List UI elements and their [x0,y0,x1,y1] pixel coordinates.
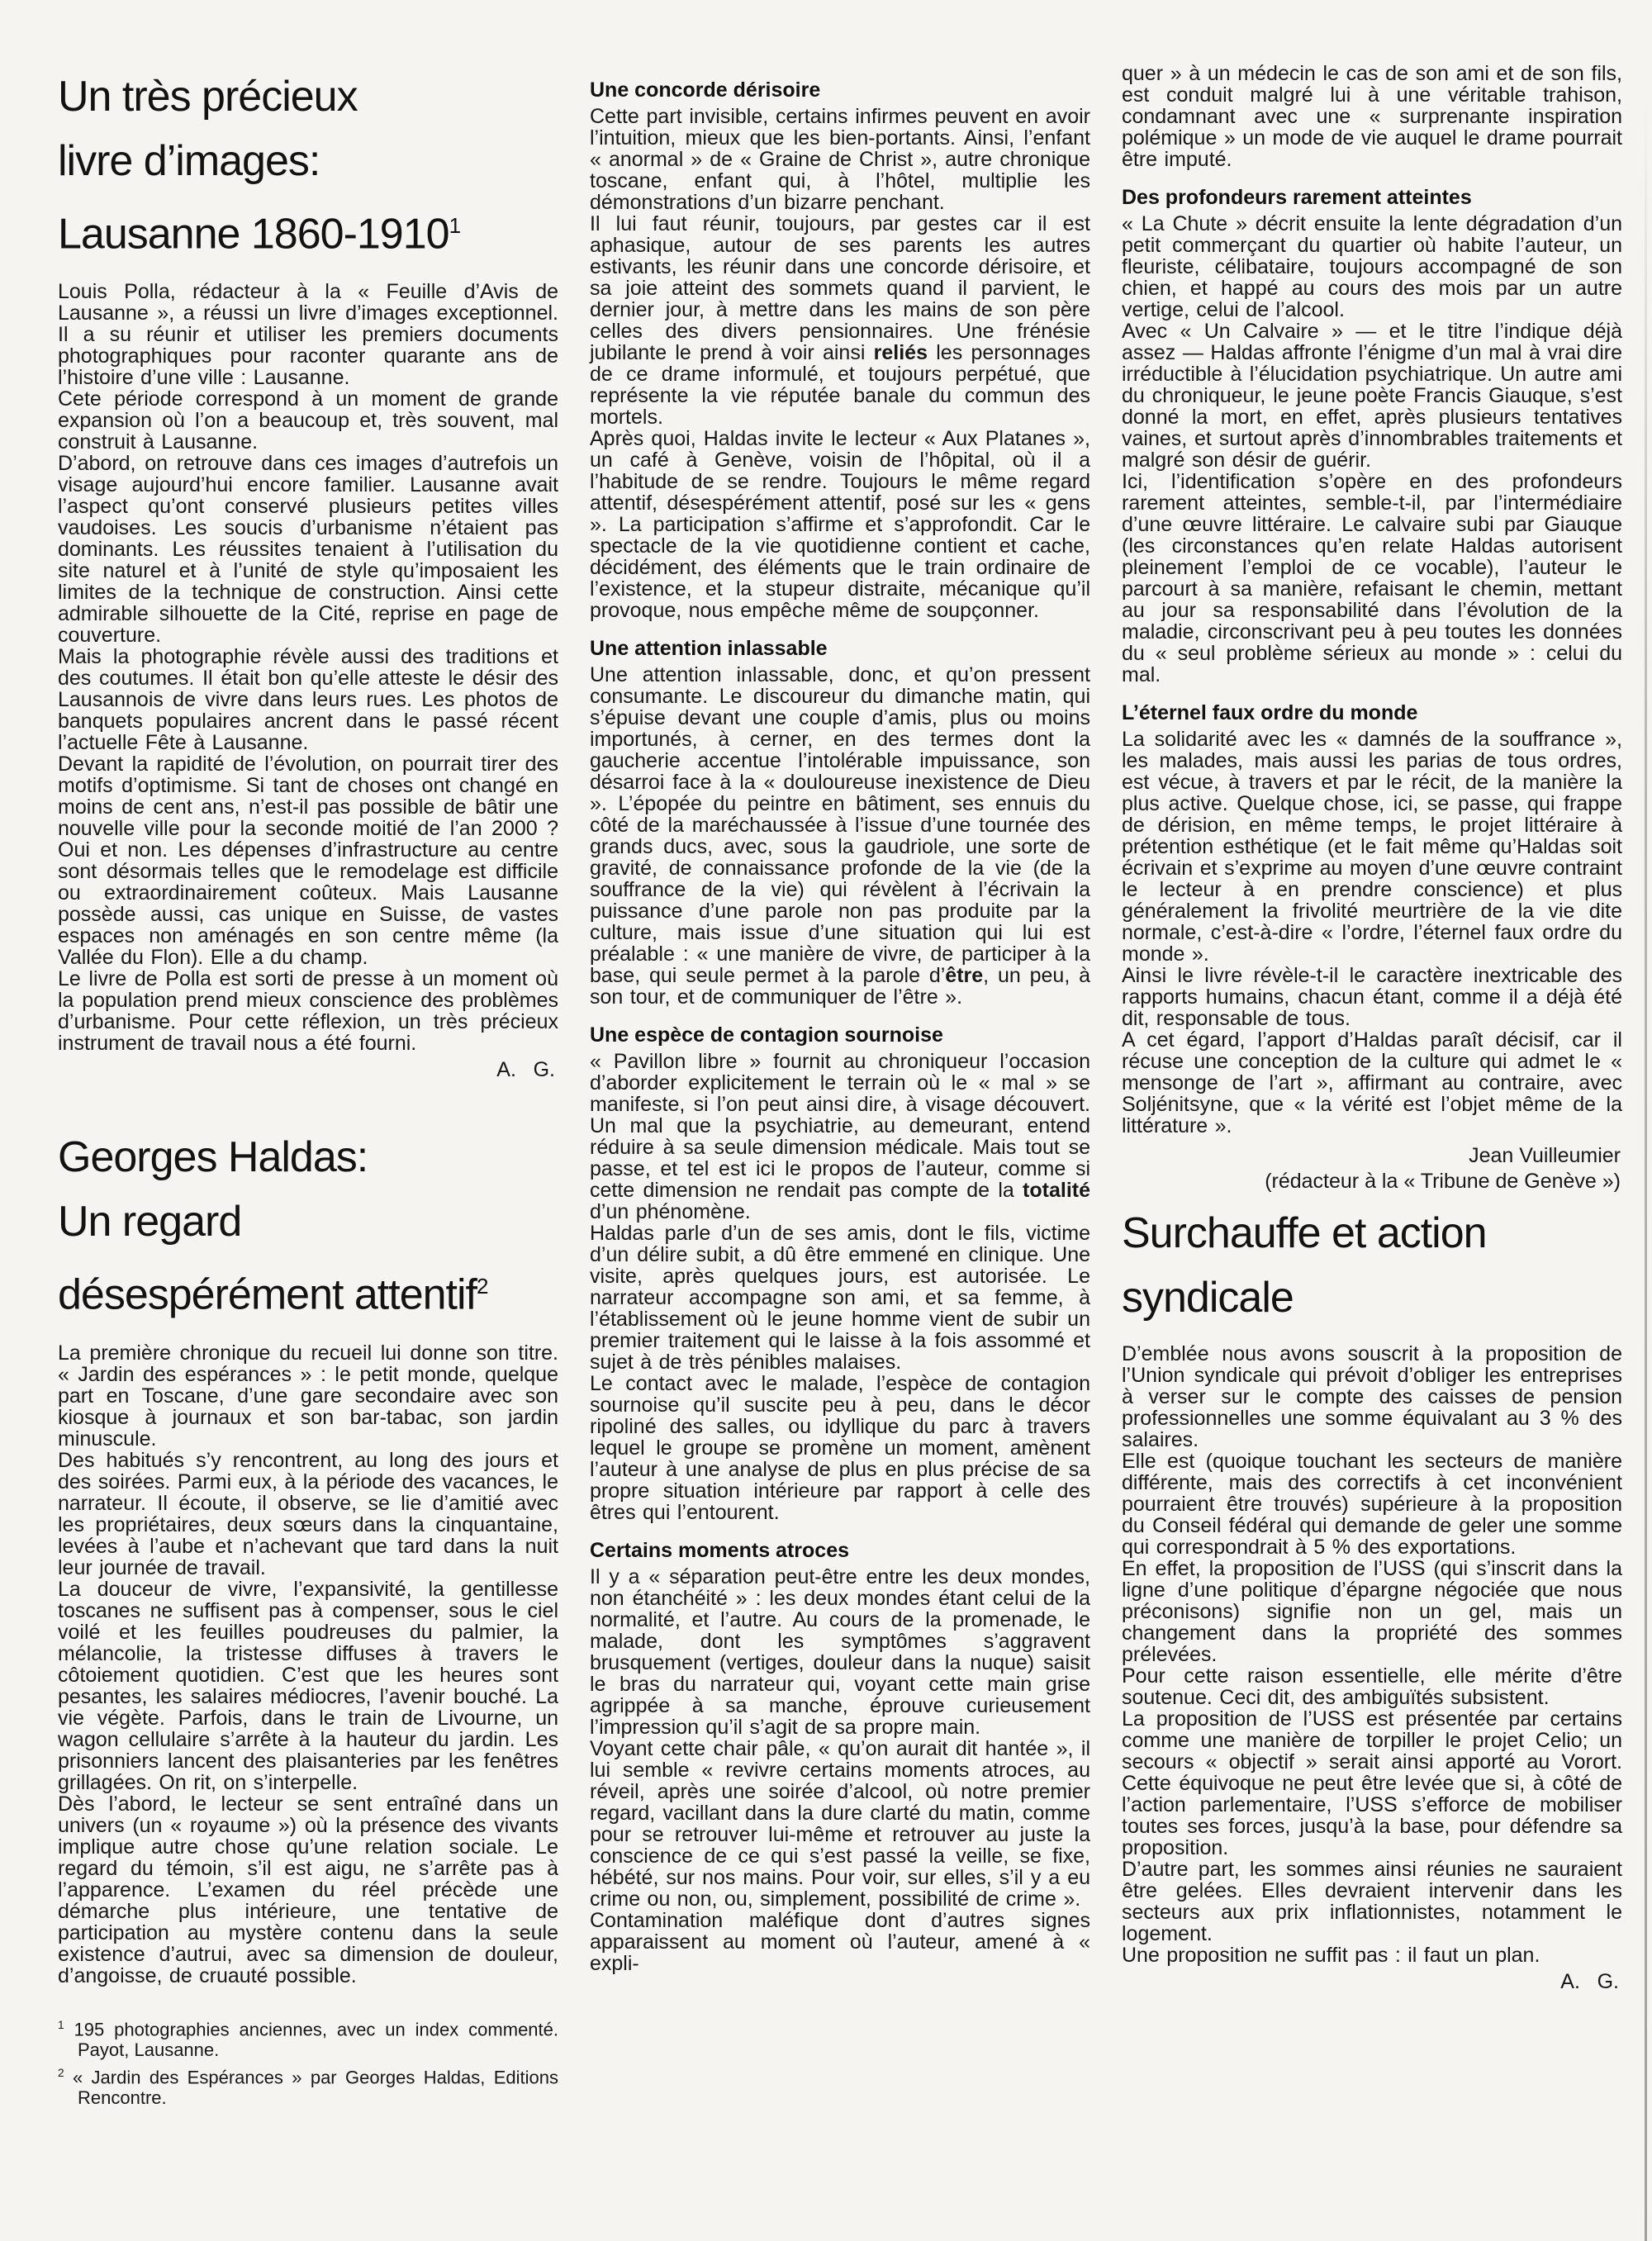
title-line: Un très précieux [58,64,558,129]
section-body: « La Chute » décrit ensuite la lente dég… [1122,213,1622,686]
section-eternel-faux-ordre-du-monde: L’éternel faux ordre du monde La solidar… [1122,702,1622,1137]
section-heading: Des profondeurs rarement atteintes [1122,187,1622,208]
title-line: syndicale [1122,1265,1622,1330]
section-certains-moments-atroces: Certains moments atroces Il y a « sépara… [590,1540,1090,1974]
paragraph: En effet, la proposition de l’USS (qui s… [1122,1558,1622,1665]
section-body: La solidarité avec les « damnés de la so… [1122,729,1622,1137]
signature-role: (rédacteur à la « Tribune de Genève ») [1122,1169,1621,1194]
article-title-lausanne: Un très précieux livre d’images: Lausann… [58,64,558,266]
column-middle: Une concorde dérisoire Cette part invisi… [590,0,1090,1974]
paragraph: D’abord, on retrouve dans ces images d’a… [58,453,558,646]
paragraph: Des habitués s’y rencontrent, au long de… [58,1450,558,1579]
section-body: Une attention inlassable, donc, et qu’on… [590,664,1090,1008]
paragraph: La douceur de vivre, l’expansivité, la g… [58,1579,558,1793]
paragraph: « La Chute » décrit ensuite la lente dég… [1122,213,1622,320]
paragraph: Contamination maléfique dont d’autres si… [590,1910,1090,1974]
paragraph: Mais la photographie révèle aussi des tr… [58,646,558,753]
signature-name: Jean Vuilleumier [1122,1143,1621,1169]
title-line: Lausanne 1860-19101 [58,193,558,266]
paragraph: Dès l’abord, le lecteur se sent entraîné… [58,1793,558,1987]
paragraph: Après quoi, Haldas invite le lecteur « A… [590,428,1090,621]
paragraph: Haldas parle d’un de ses amis, dont le f… [590,1223,1090,1373]
section-body: « Pavillon libre » fournit au chroniqueu… [590,1051,1090,1523]
paragraph: Le livre de Polla est sorti de presse à … [58,968,558,1054]
paragraph: A cet égard, l’apport d’Haldas paraît dé… [1122,1029,1622,1137]
section-body: Il y a « séparation peut-être entre les … [590,1566,1090,1974]
paragraph: La proposition de l’USS est présentée pa… [1122,1708,1622,1859]
title-line: désespérément attentif2 [58,1254,558,1327]
footnote-text: 195 photographies anciennes, avec un ind… [74,2019,558,2060]
paragraph: « Pavillon libre » fournit au chroniqueu… [590,1051,1090,1223]
signature-vuilleumier: Jean Vuilleumier (rédacteur à la « Tribu… [1122,1143,1622,1194]
section-heading: Une espèce de contagion sournoise [590,1024,1090,1046]
paragraph: Il y a « séparation peut-être entre les … [590,1566,1090,1738]
article-title-haldas: Georges Haldas: Un regard désespérément … [58,1125,558,1327]
article-body-lausanne: Louis Polla, rédacteur à la « Feuille d’… [58,281,558,1054]
footnote-ref-2: 2 [477,1274,488,1299]
paragraph: Le contact avec le malade, l’espèce de c… [590,1373,1090,1523]
section-heading: L’éternel faux ordre du monde [1122,702,1622,724]
paragraph: Une attention inlassable, donc, et qu’on… [590,664,1090,1008]
article-body-surchauffe: D’emblée nous avons souscrit à la propos… [1122,1343,1622,1966]
paragraph: Ici, l’identification s’opère en des pro… [1122,471,1622,686]
section-des-profondeurs-rarement-atteintes: Des profondeurs rarement atteintes « La … [1122,187,1622,686]
article-body-haldas-intro: La première chronique du recueil lui don… [58,1342,558,1987]
paragraph: Cette part invisible, certains infirmes … [590,106,1090,213]
newspaper-page: Un très précieux livre d’images: Lausann… [0,0,1652,2241]
paragraph: Cete période correspond à un moment de g… [58,388,558,453]
column-right: quer » à un médecin le cas de son ami et… [1122,0,1622,1992]
article-title-surchauffe: Surchauffe et action syndicale [1122,1201,1622,1330]
paragraph: D’autre part, les sommes ainsi réunies n… [1122,1859,1622,1944]
footnote-1: 1 195 photographies anciennes, avec un i… [58,2015,558,2060]
section-body: Cette part invisible, certains infirmes … [590,106,1090,621]
section-une-attention-inlassable: Une attention inlassable Une attention i… [590,638,1090,1008]
footnote-ref-1: 1 [449,213,461,238]
paragraph: Avec « Un Calvaire » — et le titre l’ind… [1122,320,1622,471]
paragraph: Une proposition ne suffit pas : il faut … [1122,1944,1622,1966]
paragraph: La solidarité avec les « damnés de la so… [1122,729,1622,965]
title-line: Surchauffe et action [1122,1201,1622,1265]
title-line: livre d’images: [58,129,558,193]
section-heading: Une concorde dérisoire [590,79,1090,101]
title-line: Un regard [58,1189,558,1254]
section-une-concorde-derisoire: Une concorde dérisoire Cette part invisi… [590,79,1090,621]
footnotes: 1 195 photographies anciennes, avec un i… [58,2015,558,2109]
paragraph: Louis Polla, rédacteur à la « Feuille d’… [58,281,558,388]
footnote-marker: 2 [58,2067,64,2079]
scan-edge-artifact [1645,99,1647,2241]
section-heading: Une attention inlassable [590,638,1090,659]
paragraph: D’emblée nous avons souscrit à la propos… [1122,1343,1622,1450]
footnote-marker: 1 [58,2019,64,2031]
paragraph: Pour cette raison essentielle, elle méri… [1122,1665,1622,1708]
footnote-2: 2 « Jardin des Espérances » par Georges … [58,2063,558,2108]
signature-ag-lausanne: A. G. [58,1059,558,1080]
section-une-espece-de-contagion-sournoise: Une espèce de contagion sournoise « Pavi… [590,1024,1090,1523]
column-left: Un très précieux livre d’images: Lausann… [58,0,558,2108]
paragraph: Ainsi le livre révèle-t-il le caractère … [1122,965,1622,1029]
paragraph: Devant la rapidité de l’évolution, on po… [58,753,558,968]
paragraph: La première chronique du recueil lui don… [58,1342,558,1450]
paragraph: Voyant cette chair pâle, « qu’on aurait … [590,1738,1090,1910]
paragraph: Il lui faut réunir, toujours, par gestes… [590,213,1090,428]
title-line: Georges Haldas: [58,1125,558,1189]
continuation-paragraph: quer » à un médecin le cas de son ami et… [1122,63,1622,170]
section-heading: Certains moments atroces [590,1540,1090,1561]
paragraph: Elle est (quoique touchant les secteurs … [1122,1450,1622,1558]
footnote-text: « Jardin des Espérances » par Georges Ha… [73,2067,558,2108]
signature-ag-surchauffe: A. G. [1122,1971,1622,1992]
